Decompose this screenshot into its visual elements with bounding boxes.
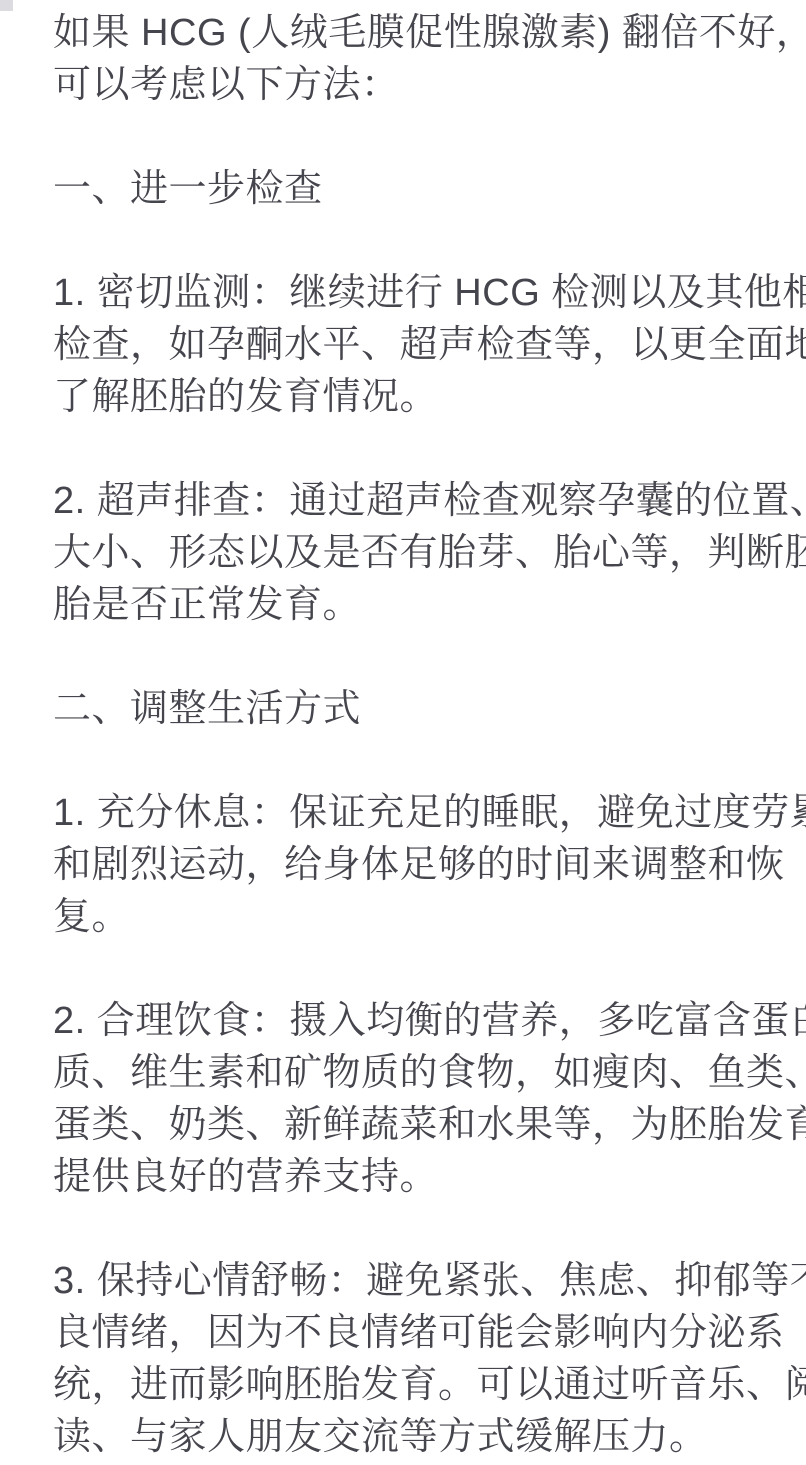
section-2-item-2: 2. 合理饮食：摄入均衡的营养，多吃富含蛋白 质、维生素和矿物质的食物，如瘦肉、… [53,995,766,1203]
section-2-title: 二、调整生活方式 [53,683,766,735]
section-2-item-3: 3. 保持心情舒畅：避免紧张、焦虑、抑郁等不 良情绪，因为不良情绪可能会影响内分… [53,1255,766,1463]
intro-paragraph: 如果 HCG (人绒毛膜促性腺激素) 翻倍不好，你 可以考虑以下方法： [53,7,766,111]
section-2-item-1: 1. 充分休息：保证充足的睡眠，避免过度劳累 和剧烈运动，给身体足够的时间来调整… [53,787,766,943]
section-1-title: 一、进一步检查 [53,163,766,215]
document-content: 如果 HCG (人绒毛膜促性腺激素) 翻倍不好，你 可以考虑以下方法： 一、进一… [0,0,806,1463]
document-page: 如果 HCG (人绒毛膜促性腺激素) 翻倍不好，你 可以考虑以下方法： 一、进一… [0,0,806,1465]
section-1-item-1: 1. 密切监测：继续进行 HCG 检测以及其他相关 检查，如孕酮水平、超声检查等… [53,267,766,423]
section-1-item-2: 2. 超声排查：通过超声检查观察孕囊的位置、 大小、形态以及是否有胎芽、胎心等，… [53,475,766,631]
